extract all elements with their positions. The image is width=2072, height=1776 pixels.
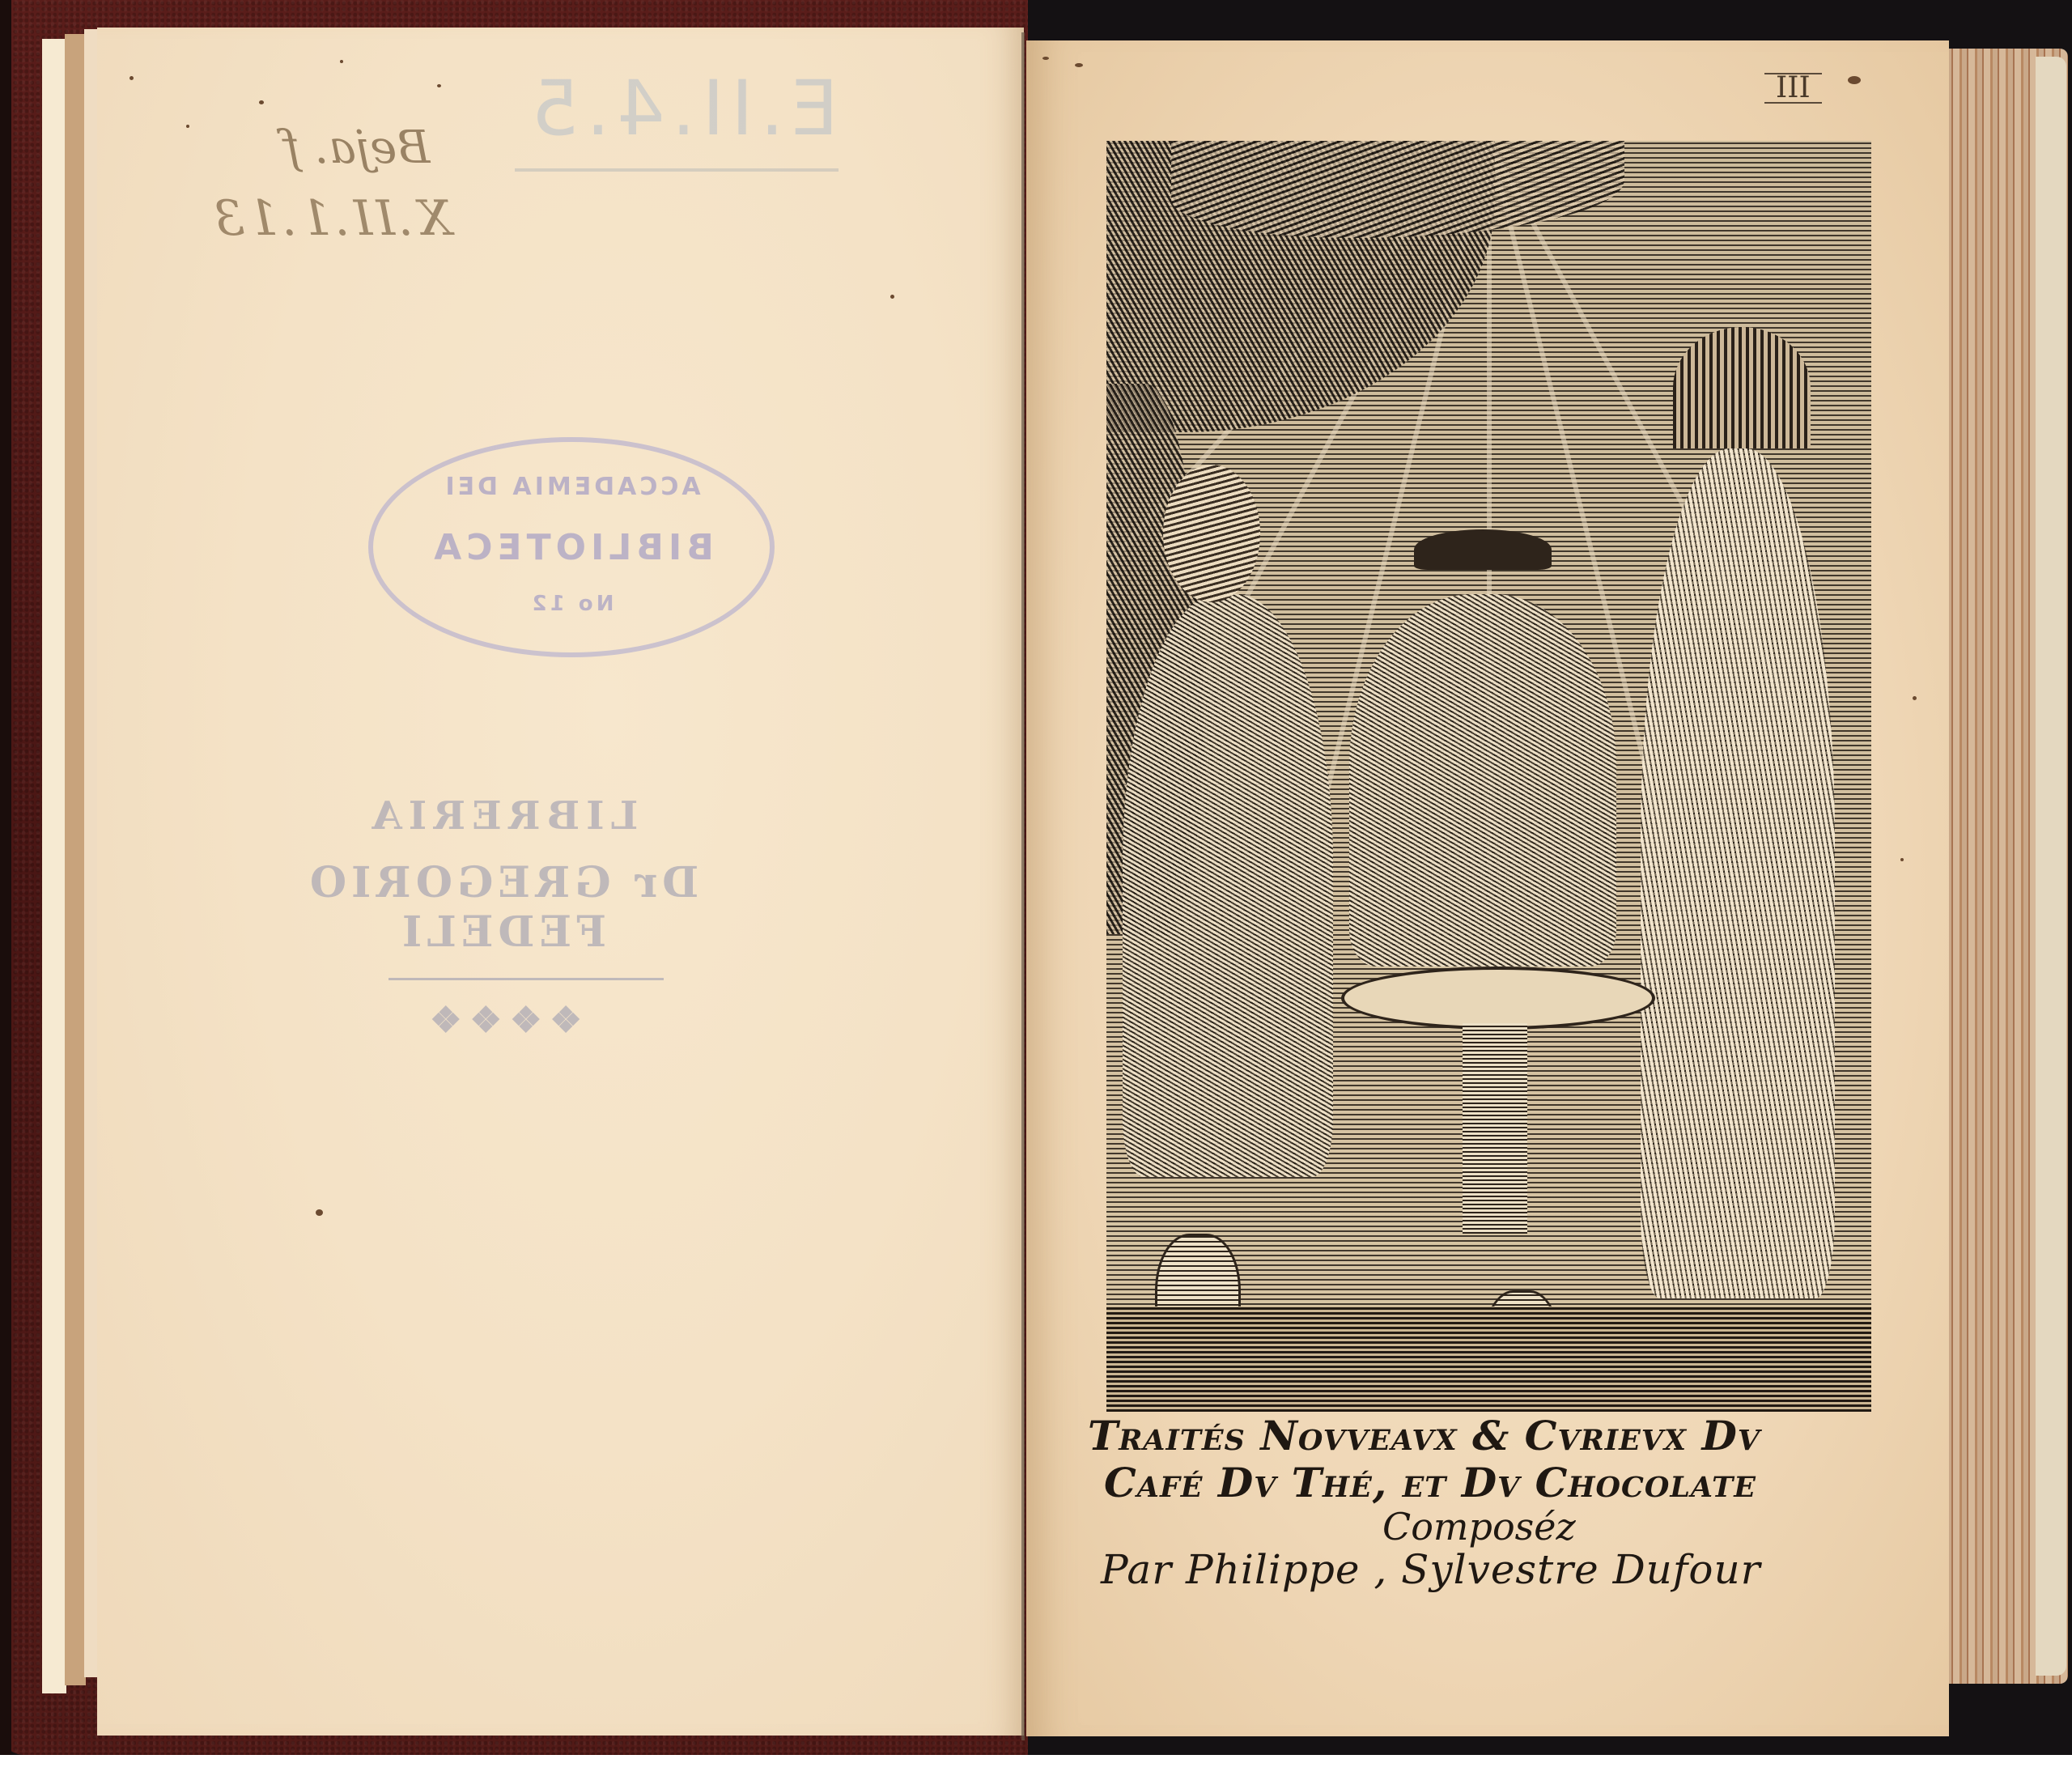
book-gutter	[1021, 32, 1025, 1740]
cover-edge-shadow	[0, 0, 11, 1755]
stamp-middle-text: BIBLIOTECA	[373, 527, 770, 568]
back-flyleaf-edge	[2036, 57, 2066, 1676]
round-table	[1341, 967, 1655, 1030]
title-caption: Traités Novveavx & Cvrievx Dv Café Dv Th…	[1076, 1413, 1886, 1592]
bookseller-line-2: Dr GREGORIO FEDELI	[291, 858, 712, 957]
turban-icon	[1163, 465, 1260, 602]
carpet-floor	[1106, 1307, 1871, 1412]
library-stamp: ACCADEMIA DEI BIBLIOTECA No 12	[368, 437, 775, 657]
table-pedestal	[1463, 1023, 1527, 1234]
handwritten-note: Beja. f	[283, 121, 430, 174]
flyleaf-edge	[42, 39, 66, 1693]
bookseller-rule	[388, 978, 664, 980]
caption-line-1: Traités Novveavx & Cvrievx Dv	[1088, 1413, 1886, 1459]
shelfmark-underline	[515, 168, 839, 172]
flyleaf-edge	[65, 34, 86, 1685]
caption-author: Par Philippe , Sylvestre Dufour	[1101, 1547, 1886, 1592]
feather-headdress-icon	[1673, 327, 1811, 448]
stamp-top-text: ACCADEMIA DEI	[373, 473, 770, 501]
bookseller-line-1: LIBRERIA	[291, 793, 712, 839]
folio-mark: III	[1764, 73, 1822, 104]
pencil-shelfmark: E.II.4.5	[524, 65, 839, 153]
handwritten-shelfmark: X.II.1.13	[210, 190, 452, 247]
stamp-bottom-text: No 12	[373, 592, 770, 616]
caption-line-2: Café Dv Thé, et Dv Chocolate	[1104, 1459, 1886, 1506]
hat-icon	[1414, 529, 1552, 570]
book-scan: E.II.4.5 Beja. f X.II.1.13 ACCADEMIA DEI…	[0, 0, 2072, 1755]
frontispiece-engraving	[1106, 141, 1871, 1412]
bookseller-stamp: LIBRERIA Dr GREGORIO FEDELI ❖❖❖❖	[291, 793, 712, 1041]
chinese-figure	[1349, 594, 1616, 967]
native-figure	[1641, 448, 1835, 1298]
turk-figure	[1123, 594, 1333, 1177]
ornament-icon: ❖❖❖❖	[291, 1000, 712, 1041]
caption-composed: Composéz	[1382, 1506, 1886, 1547]
